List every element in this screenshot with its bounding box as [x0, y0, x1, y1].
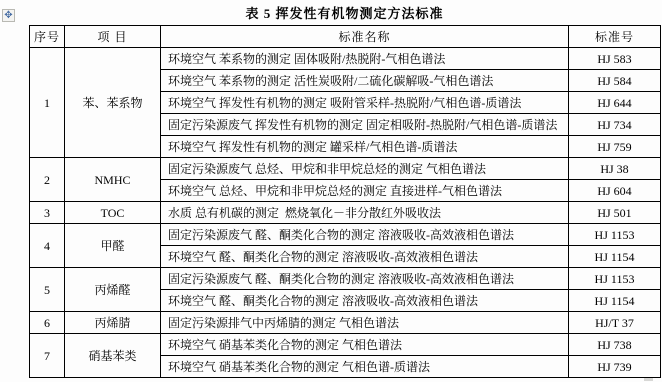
standard-code-cell: HJ 584 — [569, 70, 661, 92]
standard-name-cell: 环境空气 醛、酮类化合物的测定 溶液吸收-高效液相色谱法 — [161, 290, 569, 312]
table-row: 5丙烯醛固定污染源废气 醛、酮类化合物的测定 溶液吸收-高效液相色谱法HJ 11… — [30, 268, 661, 290]
standard-name-cell: 固定污染源废气 醛、酮类化合物的测定 溶液吸收-高效液相色谱法 — [161, 224, 569, 246]
standard-name-cell: 环境空气 硝基苯类化合物的测定 气相色谱-质谱法 — [161, 356, 569, 378]
header-code: 标准号 — [569, 26, 661, 48]
standard-code-cell: HJ 1153 — [569, 268, 661, 290]
standard-name-cell: 环境空气 挥发性有机物的测定 吸附管采样-热脱附/气相色谱-质谱法 — [161, 92, 569, 114]
standard-code-cell: HJ 1154 — [569, 246, 661, 268]
standard-name-cell: 环境空气 苯系物的测定 固体吸附/热脱附-气相色谱法 — [161, 48, 569, 70]
standard-name-cell: 环境空气 醛、酮类化合物的测定 溶液吸收-高效液相色谱法 — [161, 246, 569, 268]
standard-code-cell: HJ 501 — [569, 202, 661, 224]
table-resize-handle[interactable] — [644, 378, 653, 381]
standard-code-cell: HJ/T 37 — [569, 312, 661, 334]
standard-name-cell: 固定污染源废气 醛、酮类化合物的测定 溶液吸收-高效液相色谱法 — [161, 268, 569, 290]
standard-code-cell: HJ 604 — [569, 180, 661, 202]
standard-code-cell: HJ 759 — [569, 136, 661, 158]
header-row: 序号 项 目 标准名称 标准号 — [30, 26, 661, 48]
standard-code-cell: HJ 1154 — [569, 290, 661, 312]
row-number-cell: 7 — [30, 334, 65, 378]
standards-table: 序号 项 目 标准名称 标准号 1苯、苯系物环境空气 苯系物的测定 固体吸附/热… — [29, 25, 661, 378]
item-cell: 丙烯醛 — [65, 268, 161, 312]
standard-code-cell: HJ 38 — [569, 158, 661, 180]
row-number-cell: 3 — [30, 202, 65, 224]
table-title: 表 5 挥发性有机物测定方法标准 — [29, 3, 660, 22]
standard-name-cell: 环境空气 挥发性有机物的测定 罐采样/气相色谱-质谱法 — [161, 136, 569, 158]
item-cell: 甲醛 — [65, 224, 161, 268]
header-no: 序号 — [30, 26, 65, 48]
table-row: 6丙烯腈固定污染源排气中丙烯腈的测定 气相色谱法HJ/T 37 — [30, 312, 661, 334]
standard-name-cell: 水质 总有机碳的测定 燃烧氧化－非分散红外吸收法 — [161, 202, 569, 224]
standard-code-cell: HJ 1153 — [569, 224, 661, 246]
standard-name-cell: 环境空气 苯系物的测定 活性炭吸附/二硫化碳解吸-气相色谱法 — [161, 70, 569, 92]
standard-name-cell: 固定污染源排气中丙烯腈的测定 气相色谱法 — [161, 312, 569, 334]
item-cell: 苯、苯系物 — [65, 48, 161, 158]
standard-code-cell: HJ 734 — [569, 114, 661, 136]
table-row: 3TOC水质 总有机碳的测定 燃烧氧化－非分散红外吸收法HJ 501 — [30, 202, 661, 224]
standard-name-cell: 环境空气 硝基苯类化合物的测定 气相色谱法 — [161, 334, 569, 356]
item-cell: 丙烯腈 — [65, 312, 161, 334]
table-body: 1苯、苯系物环境空气 苯系物的测定 固体吸附/热脱附-气相色谱法HJ 583环境… — [30, 48, 661, 378]
standard-name-cell: 环境空气 总烃、甲烷和非甲烷总烃的测定 直接进样-气相色谱法 — [161, 180, 569, 202]
row-number-cell: 6 — [30, 312, 65, 334]
table-row: 7硝基苯类环境空气 硝基苯类化合物的测定 气相色谱法HJ 738 — [30, 334, 661, 356]
item-cell: 硝基苯类 — [65, 334, 161, 378]
standard-code-cell: HJ 583 — [569, 48, 661, 70]
table-row: 2NMHC固定污染源废气 总烃、甲烷和非甲烷总烃的测定 气相色谱法HJ 38 — [30, 158, 661, 180]
row-number-cell: 5 — [30, 268, 65, 312]
table-move-handle-icon[interactable]: ✥ — [2, 9, 15, 22]
row-number-cell: 4 — [30, 224, 65, 268]
header-item: 项 目 — [65, 26, 161, 48]
item-cell: TOC — [65, 202, 161, 224]
standard-name-cell: 固定污染源废气 总烃、甲烷和非甲烷总烃的测定 气相色谱法 — [161, 158, 569, 180]
row-number-cell: 2 — [30, 158, 65, 202]
table-row: 4甲醛固定污染源废气 醛、酮类化合物的测定 溶液吸收-高效液相色谱法HJ 115… — [30, 224, 661, 246]
header-name: 标准名称 — [161, 26, 569, 48]
standard-code-cell: HJ 644 — [569, 92, 661, 114]
item-cell: NMHC — [65, 158, 161, 202]
standard-code-cell: HJ 738 — [569, 334, 661, 356]
table-row: 1苯、苯系物环境空气 苯系物的测定 固体吸附/热脱附-气相色谱法HJ 583 — [30, 48, 661, 70]
standard-code-cell: HJ 739 — [569, 356, 661, 378]
standard-name-cell: 固定污染源废气 挥发性有机物的测定 固定相吸附-热脱附/气相色谱-质谱法 — [161, 114, 569, 136]
row-number-cell: 1 — [30, 48, 65, 158]
